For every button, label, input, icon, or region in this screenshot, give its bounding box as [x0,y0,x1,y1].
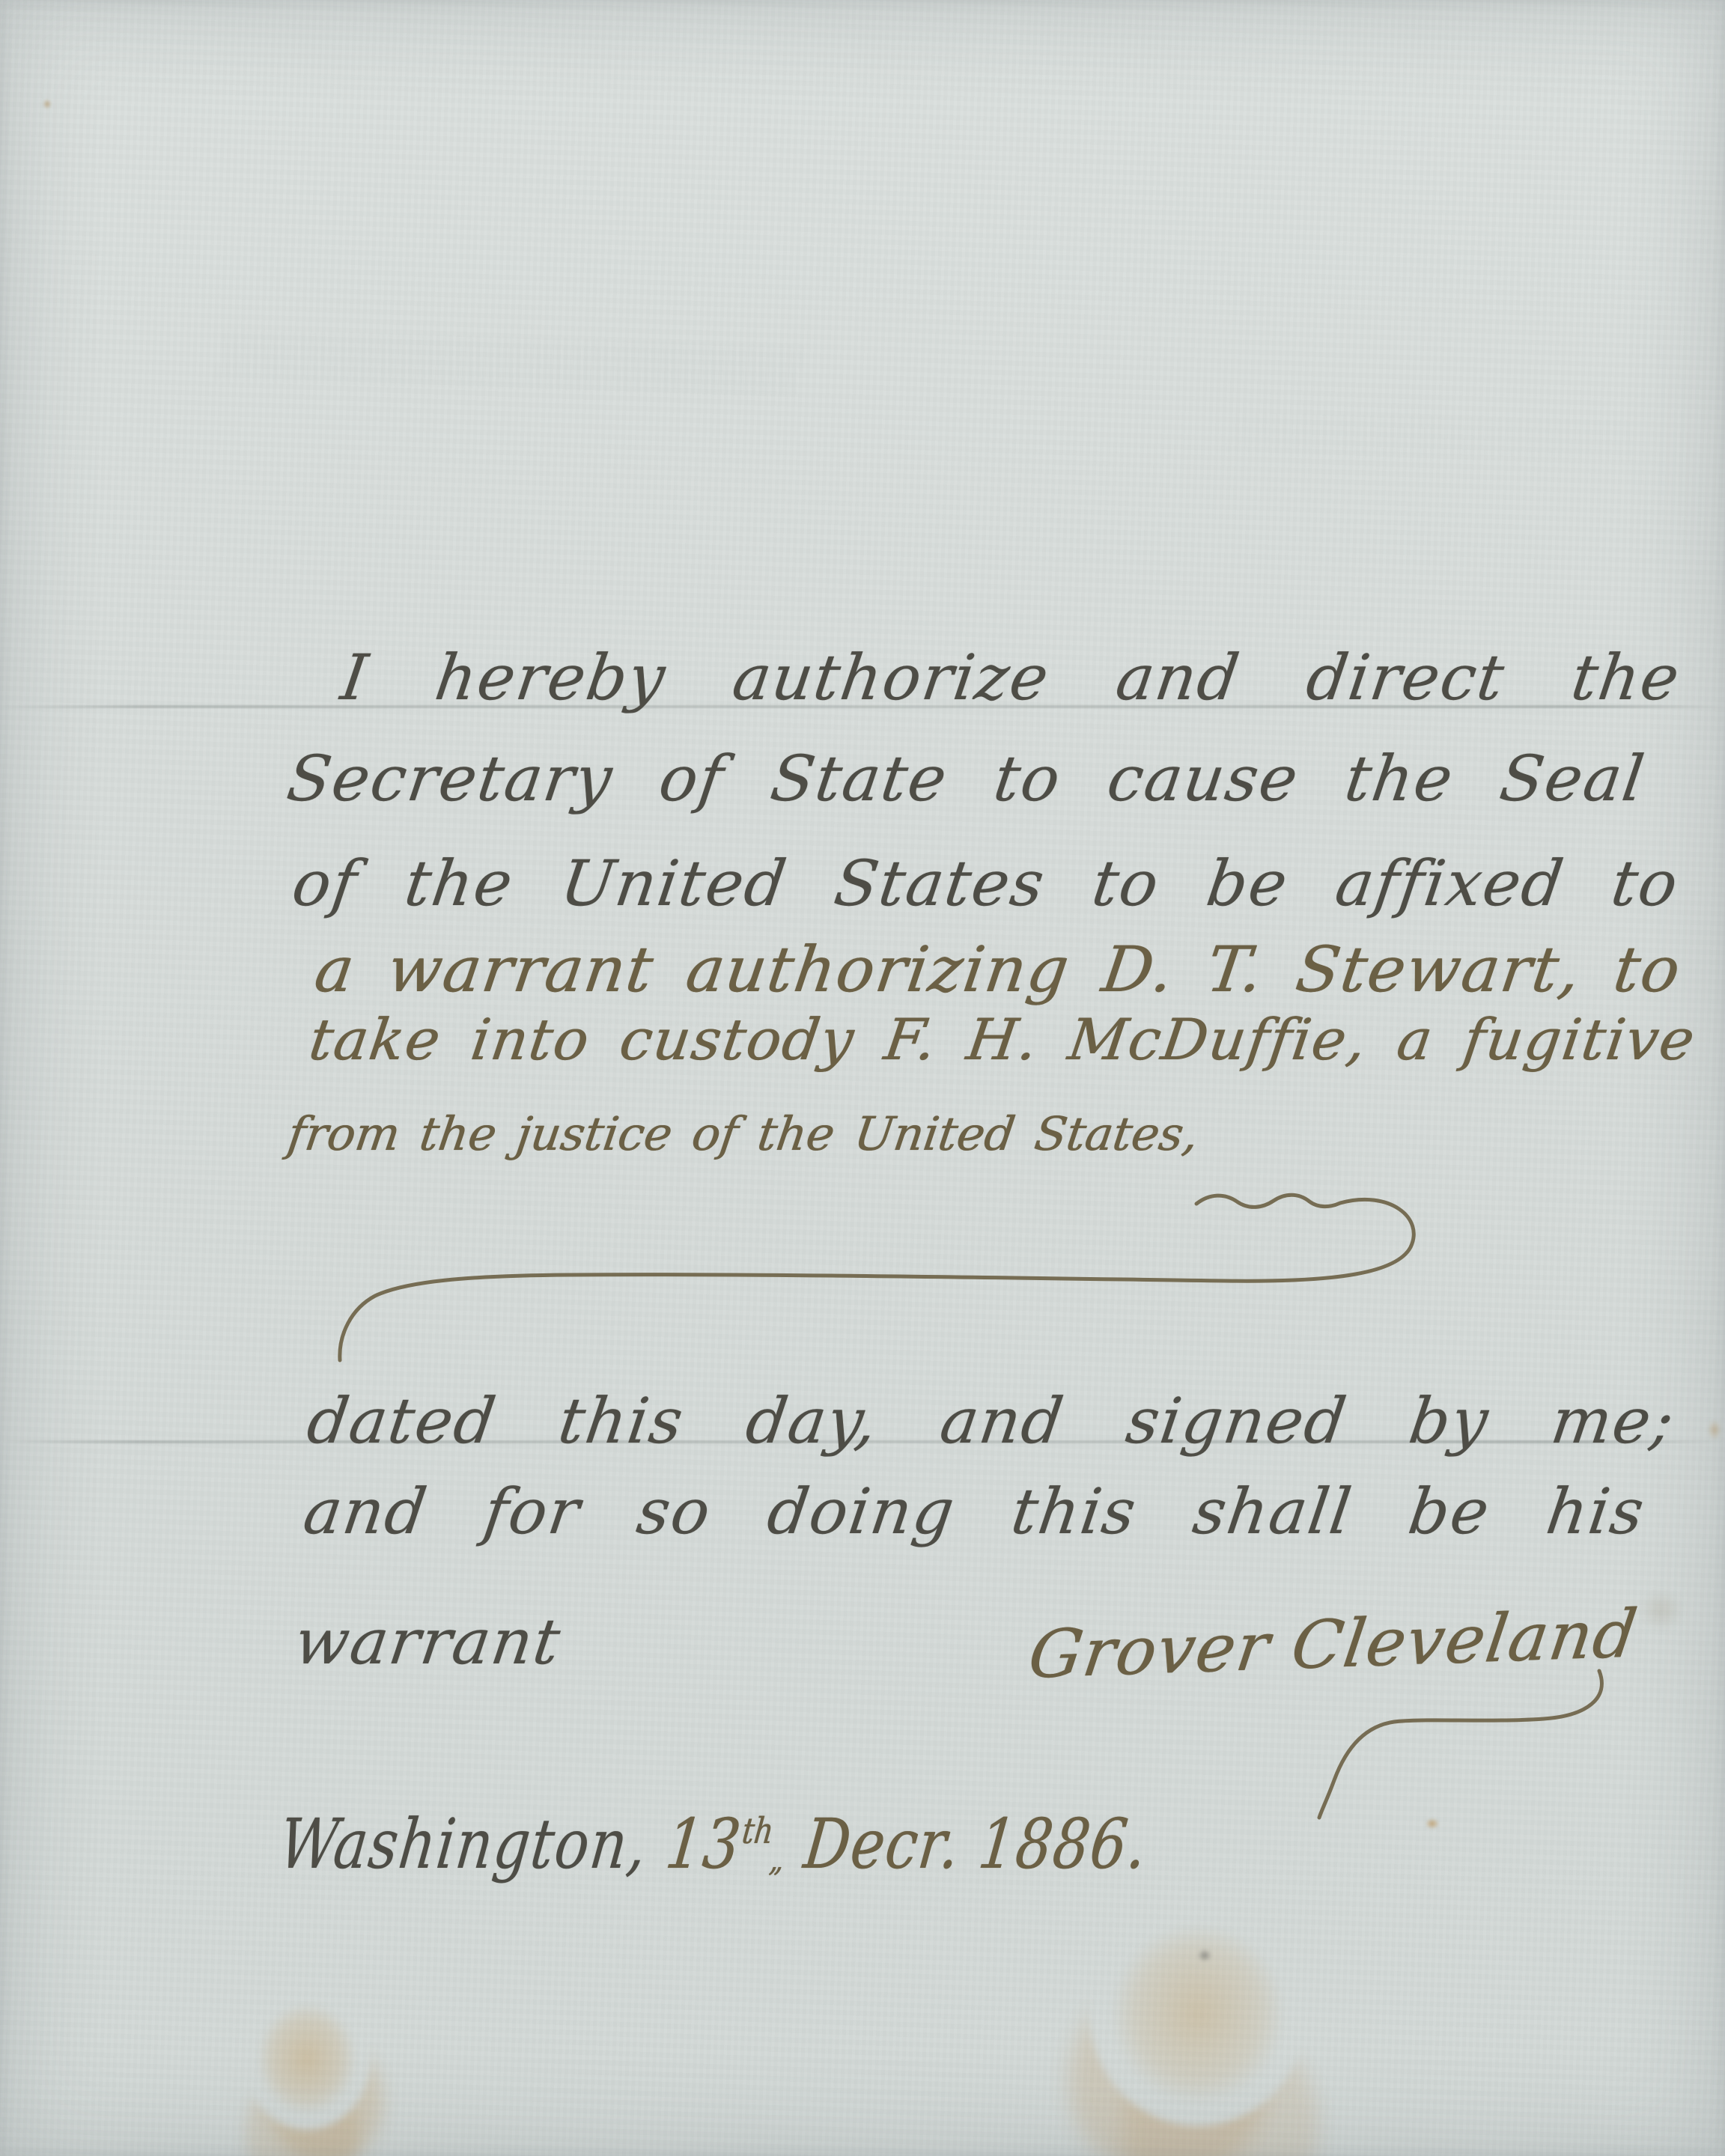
letter-line-6: from the justice of the United States, [285,1108,1202,1160]
smudge-right-of-signature [1632,1583,1691,1637]
flourish-brace [340,1195,1414,1360]
dateline-day: 13 [662,1804,746,1884]
foxing-stain-bottom-right [1089,1901,1306,2126]
ink-bleedthrough-right [1228,412,1633,458]
letter-line-9-warrant: warrant [290,1607,565,1677]
signature-grover-cleveland: Grover Cleveland [1024,1597,1643,1692]
letter-line-8: and for so doing this shall be his [299,1476,1649,1547]
letter-line-3: of the United States to be affixed to [288,848,1683,919]
ink-bleedthrough-left [216,330,802,396]
dateline: Washington, 13th„ Decr. 1886. [276,1806,1151,1883]
fleck-top-left [41,97,53,111]
stain-right-edge [1706,1417,1724,1443]
letter-line-1: I hereby authorize and direct the [337,642,1685,713]
stain-dark-speck [1195,1946,1214,1964]
stain-speck-near-date [1423,1816,1442,1831]
dateline-month-year: Decr. 1886. [800,1804,1151,1884]
dateline-ordinal: th [740,1811,775,1852]
signature-flourish [1319,1671,1601,1818]
letter-line-5: take into custody F. H. McDuffie, a fugi… [305,1008,1700,1071]
document-page: I hereby authorize and direct the Secret… [0,0,1725,2156]
foxing-stain-bottom-left [243,1988,371,2130]
letter-line-4: a warrant authorizing D. T. Stewart, to [311,934,1685,1005]
letter-line-7: dated this day, and signed by me; [303,1386,1679,1456]
dateline-place: Washington, [276,1804,652,1884]
letter-line-2: Secretary of State to cause the Seal [283,743,1649,814]
